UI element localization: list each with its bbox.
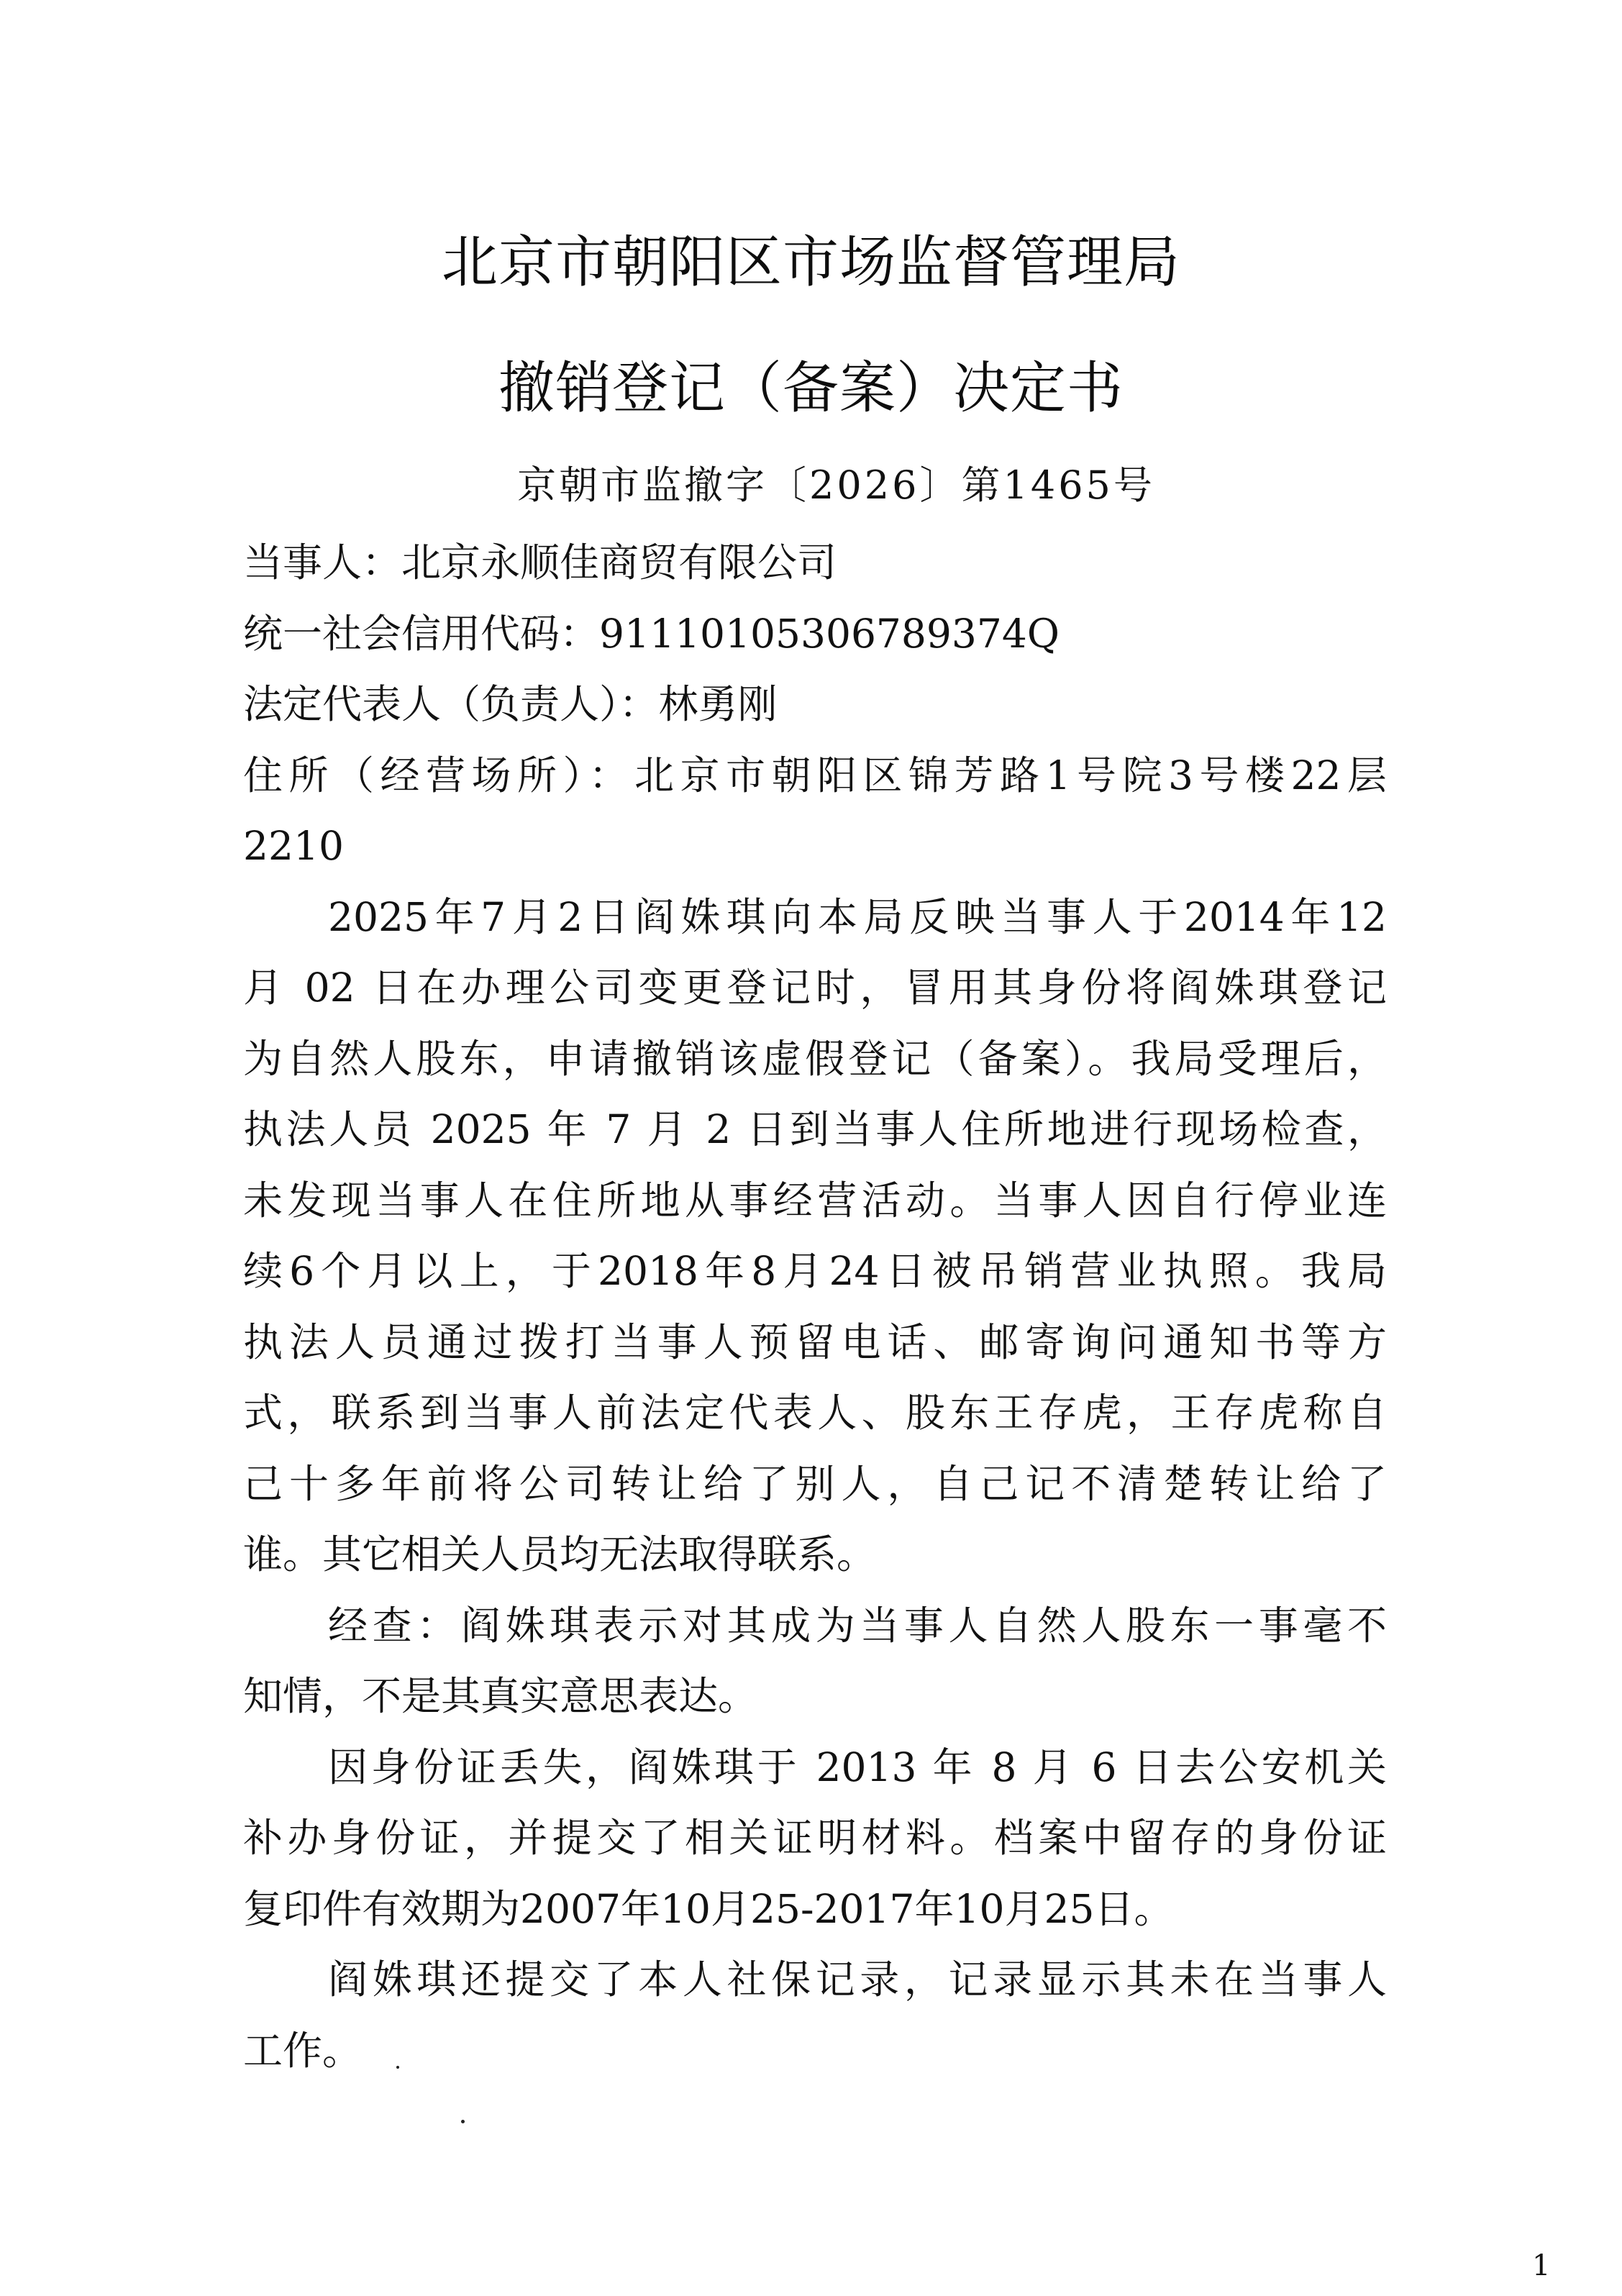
paragraph-line: 复印件有效期为2007年10月25-2017年10月25日。 [243,1874,1387,1945]
paragraph-line: 阎姝琪还提交了本人社保记录，记录显示其未在当事人 [243,1944,1387,2015]
credit-code-label: 统一社会信用代码： [243,611,599,657]
paragraph-line: 执法人员 2025 年 7 月 2 日到当事人住所地进行现场检查， [243,1094,1387,1165]
party-row: 当事人：北京永顺佳商贸有限公司 [243,527,1387,598]
paragraph-line: 2025年7月2日阎姝琪向本局反映当事人于2014年12 [243,882,1387,953]
party-label: 当事人： [243,539,401,586]
paragraph-line: 谁。其它相关人员均无法取得联系。 [243,1519,1387,1590]
party-value: 北京永顺佳商贸有限公司 [401,539,837,586]
scan-speck [461,2120,465,2123]
document-page: 北京市朝阳区市场监督管理局 撤销登记（备案）决定书 京朝市监撤字〔2026〕第1… [0,0,1622,2296]
scan-speck [396,2066,399,2069]
paragraph-social-security: 阎姝琪还提交了本人社保记录，记录显示其未在当事人 工作。 [243,1944,1387,2086]
credit-code-value: 91110105306789374Q [599,611,1060,657]
paragraph-line: 执法人员通过拨打当事人预留电话、邮寄询问通知书等方 [243,1307,1387,1378]
document-number: 京朝市监撤字〔2026〕第1465号 [0,460,1622,511]
paragraph-complaint: 2025年7月2日阎姝琪向本局反映当事人于2014年12 月 02 日在办理公司… [243,882,1387,1590]
address-value: 北京市朝阳区锦芳路1号院3号楼22层 [634,752,1387,798]
document-body: 当事人：北京永顺佳商贸有限公司 统一社会信用代码：911101053067893… [243,527,1387,2086]
address-value-continued: 2210 [243,823,344,869]
legal-rep-value: 林勇刚 [659,681,778,727]
paragraph-line: 未发现当事人在住所地从事经营活动。当事人因自行停业连 [243,1165,1387,1236]
paragraph-line: 式，联系到当事人前法定代表人、股东王存虎，王存虎称自 [243,1377,1387,1449]
agency-title: 北京市朝阳区市场监督管理局 [0,227,1622,299]
paragraph-line: 己十多年前将公司转让给了别人，自己记不清楚转让给了 [243,1449,1387,1520]
document-type-title: 撤销登记（备案）决定书 [0,352,1622,424]
address-row-continued: 2210 [243,811,1387,882]
paragraph-line: 为自然人股东，申请撤销该虚假登记（备案）。我局受理后， [243,1024,1387,1095]
paragraph-line: 工作。 [243,2015,1387,2087]
legal-rep-label: 法定代表人（负责人）： [243,681,659,727]
paragraph-line: 补办身份证，并提交了相关证明材料。档案中留存的身份证 [243,1803,1387,1874]
paragraph-line: 因身份证丢失，阎姝琪于 2013 年 8 月 6 日去公安机关 [243,1732,1387,1803]
paragraph-line: 知情，不是其真实意思表达。 [243,1661,1387,1732]
credit-code-row: 统一社会信用代码：91110105306789374Q [243,598,1387,670]
paragraph-line: 月 02 日在办理公司变更登记时，冒用其身份将阎姝琪登记 [243,952,1387,1024]
paragraph-line: 经查：阎姝琪表示对其成为当事人自然人股东一事毫不 [243,1590,1387,1662]
address-row: 住所（经营场所）：北京市朝阳区锦芳路1号院3号楼22层 [243,740,1387,811]
legal-rep-row: 法定代表人（负责人）：林勇刚 [243,669,1387,740]
address-label: 住所（经营场所）： [243,752,634,798]
paragraph-id-card: 因身份证丢失，阎姝琪于 2013 年 8 月 6 日去公安机关 补办身份证，并提… [243,1732,1387,1945]
paragraph-line: 续6个月以上，于2018年8月24日被吊销营业执照。我局 [243,1236,1387,1307]
paragraph-findings: 经查：阎姝琪表示对其成为当事人自然人股东一事毫不 知情，不是其真实意思表达。 [243,1590,1387,1732]
page-number: 1 [1532,2248,1550,2284]
